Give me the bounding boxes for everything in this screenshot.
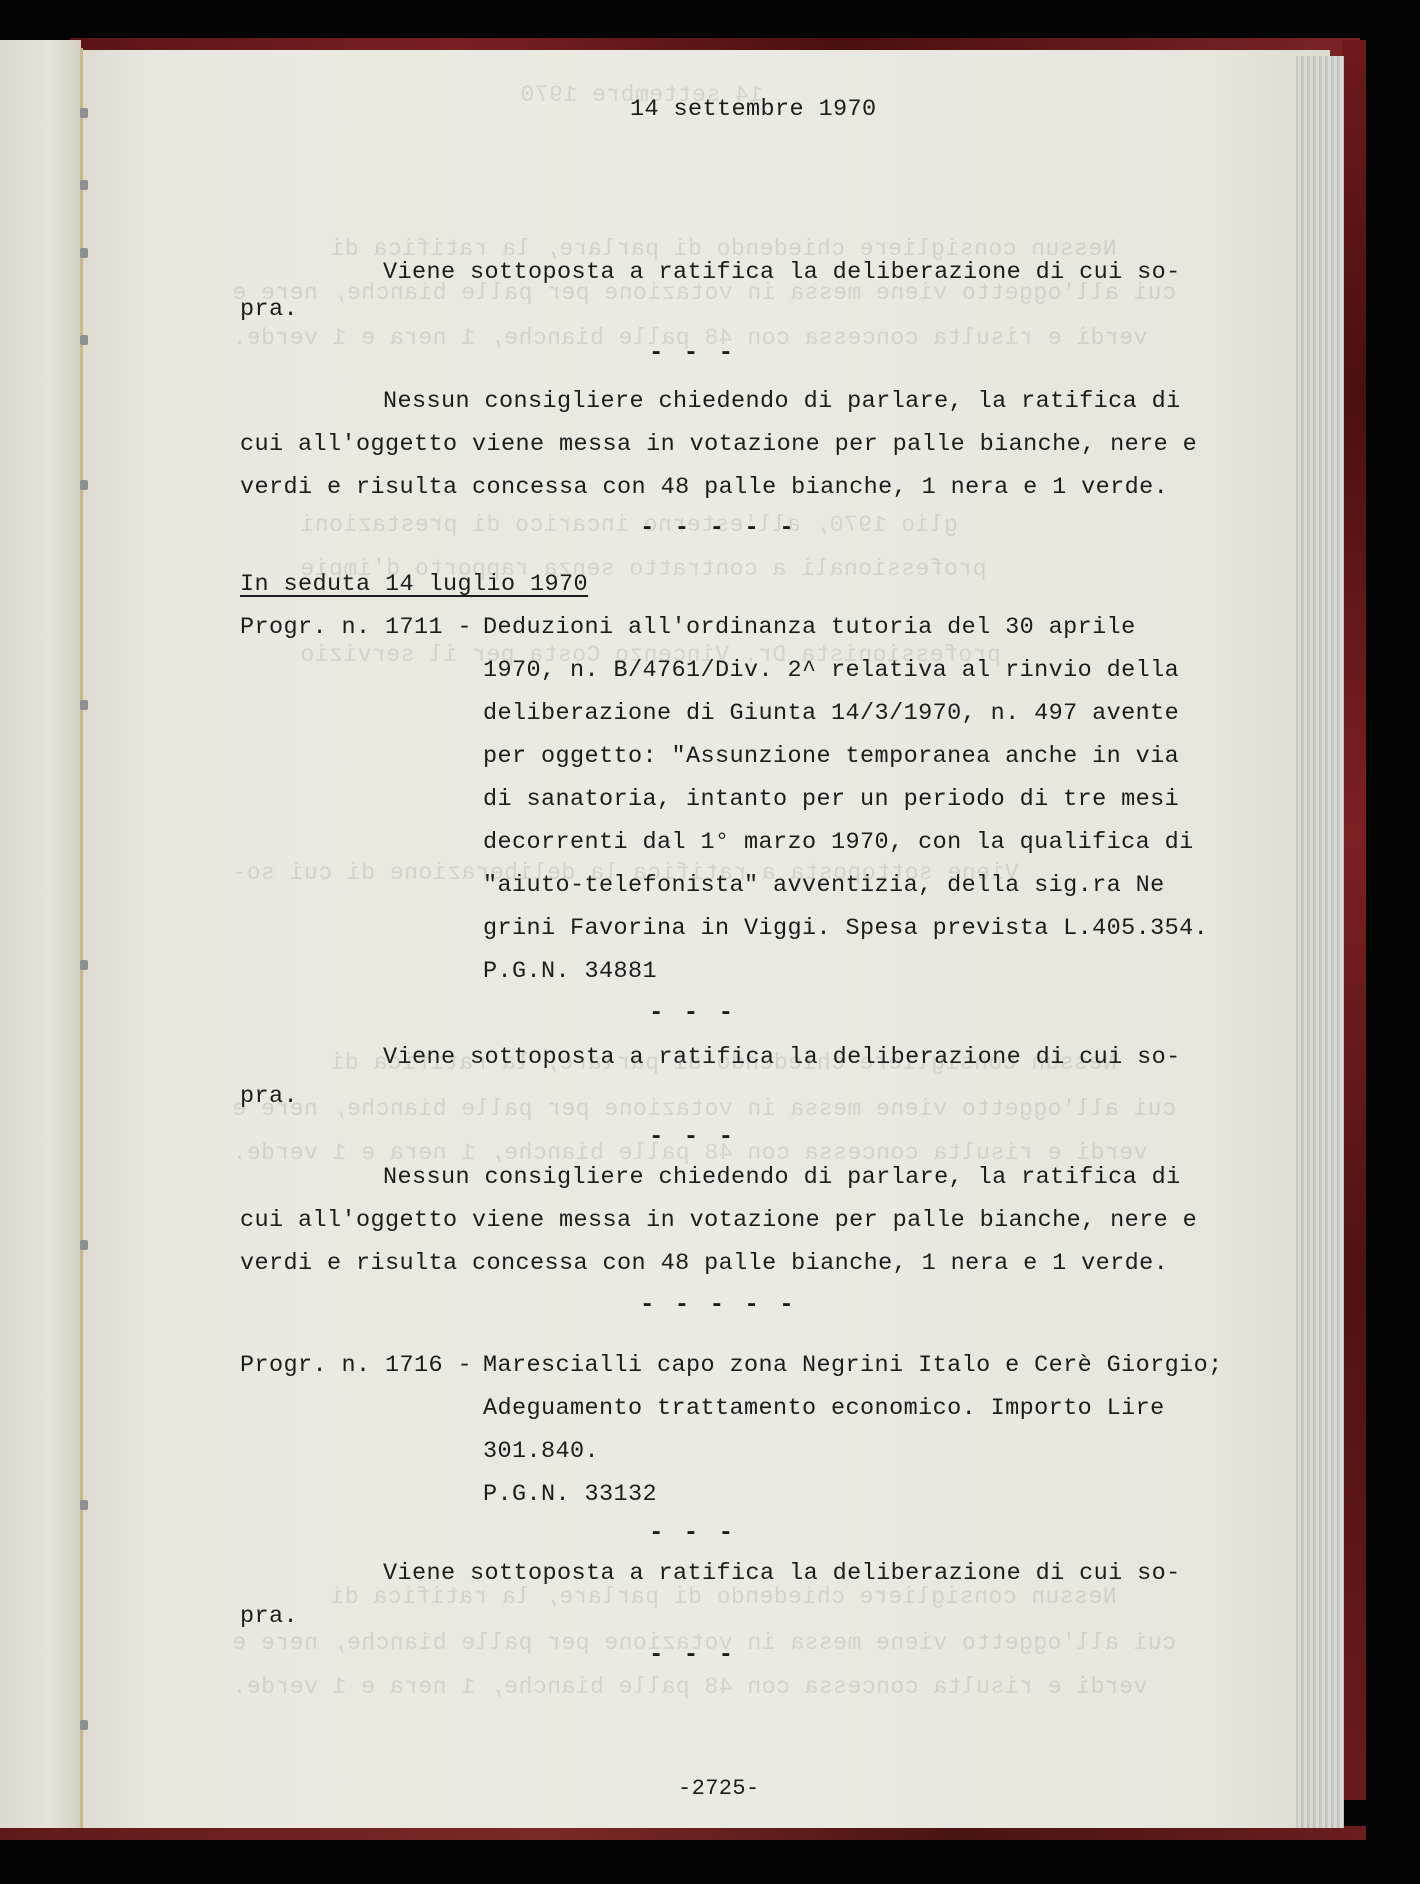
- item-description: Marescialli capo zona Negrini Italo e Ce…: [483, 1352, 1223, 1379]
- vote-text: Nessun consigliere chiedendo di parlare,…: [383, 388, 1181, 415]
- binding-stitch: [80, 1240, 88, 1250]
- vote-text: Nessun consigliere chiedendo di parlare,…: [383, 1164, 1181, 1191]
- separator: - - -: [649, 1520, 736, 1547]
- section-heading: In seduta 14 luglio 1970: [240, 571, 588, 598]
- binding-stitch: [80, 248, 88, 258]
- ratifica-text: Viene sottoposta a ratifica la deliberaz…: [383, 259, 1181, 286]
- binding-stitch: [80, 1720, 88, 1730]
- item-description: Adeguamento trattamento economico. Impor…: [483, 1395, 1165, 1422]
- binding-stitch: [80, 700, 88, 710]
- item-description: decorrenti dal 1° marzo 1970, con la qua…: [483, 829, 1194, 856]
- book-cover-right-edge: [1342, 40, 1366, 1800]
- binding-stitch: [80, 480, 88, 490]
- item-description: "aiuto-telefonista" avventizia, della si…: [483, 872, 1165, 899]
- ratifica-text-cont: pra.: [240, 1603, 298, 1630]
- separator: - - -: [649, 1642, 736, 1669]
- page-number: -2725-: [678, 1776, 760, 1801]
- item-description: 1970, n. B/4761/Div. 2^ relativa al rinv…: [483, 657, 1179, 684]
- bleed-through-text: verdi e risulta concessa con 48 palle bi…: [232, 1674, 1147, 1700]
- vote-text: cui all'oggetto viene messa in votazione…: [240, 1207, 1197, 1234]
- separator: - - - - -: [640, 515, 797, 542]
- binding-stitch: [80, 1500, 88, 1510]
- bleed-through-text: Nessun consigliere chiedendo di parlare,…: [330, 1584, 1117, 1610]
- item-description: grini Favorina in Viggi. Spesa prevista …: [483, 915, 1208, 942]
- separator: - - -: [649, 1000, 736, 1027]
- page-stack-edges: [1296, 56, 1344, 1828]
- pgn-number: P.G.N. 33132: [483, 1481, 657, 1508]
- bleed-through-text: cui all'oggetto viene messa in votazione…: [232, 1096, 1176, 1122]
- ratifica-text-cont: pra.: [240, 1083, 298, 1110]
- vote-text: verdi e risulta concessa con 48 palle bi…: [240, 1250, 1168, 1277]
- separator: - - -: [649, 1124, 736, 1151]
- binding-stitch: [80, 960, 88, 970]
- book-cover-bottom-edge: [0, 1826, 1366, 1840]
- separator: - - -: [649, 340, 736, 367]
- pgn-number: P.G.N. 34881: [483, 958, 657, 985]
- ratifica-text: Viene sottoposta a ratifica la deliberaz…: [383, 1044, 1181, 1071]
- separator: - - - - -: [640, 1292, 797, 1319]
- item-description: Deduzioni all'ordinanza tutoria del 30 a…: [483, 614, 1136, 641]
- item-description: 301.840.: [483, 1438, 599, 1465]
- binding-stitch: [80, 108, 88, 118]
- progr-label: Progr. n. 1711 -: [240, 614, 472, 641]
- binding-gutter: [80, 48, 83, 1828]
- header-date: 14 settembre 1970: [630, 96, 877, 123]
- binding-stitch: [80, 335, 88, 345]
- item-description: di sanatoria, intanto per un periodo di …: [483, 786, 1179, 813]
- ratifica-text-cont: pra.: [240, 296, 298, 323]
- vote-text: verdi e risulta concessa con 48 palle bi…: [240, 474, 1168, 501]
- progr-label: Progr. n. 1716 -: [240, 1352, 472, 1379]
- vote-text: cui all'oggetto viene messa in votazione…: [240, 431, 1197, 458]
- item-description: per oggetto: "Assunzione temporanea anch…: [483, 743, 1179, 770]
- binding-stitch: [80, 180, 88, 190]
- item-description: deliberazione di Giunta 14/3/1970, n. 49…: [483, 700, 1179, 727]
- bleed-through-text: glio 1970, all'esterno incarico di prest…: [300, 512, 958, 538]
- ratifica-text: Viene sottoposta a ratifica la deliberaz…: [383, 1560, 1181, 1587]
- facing-page-left: [0, 40, 81, 1828]
